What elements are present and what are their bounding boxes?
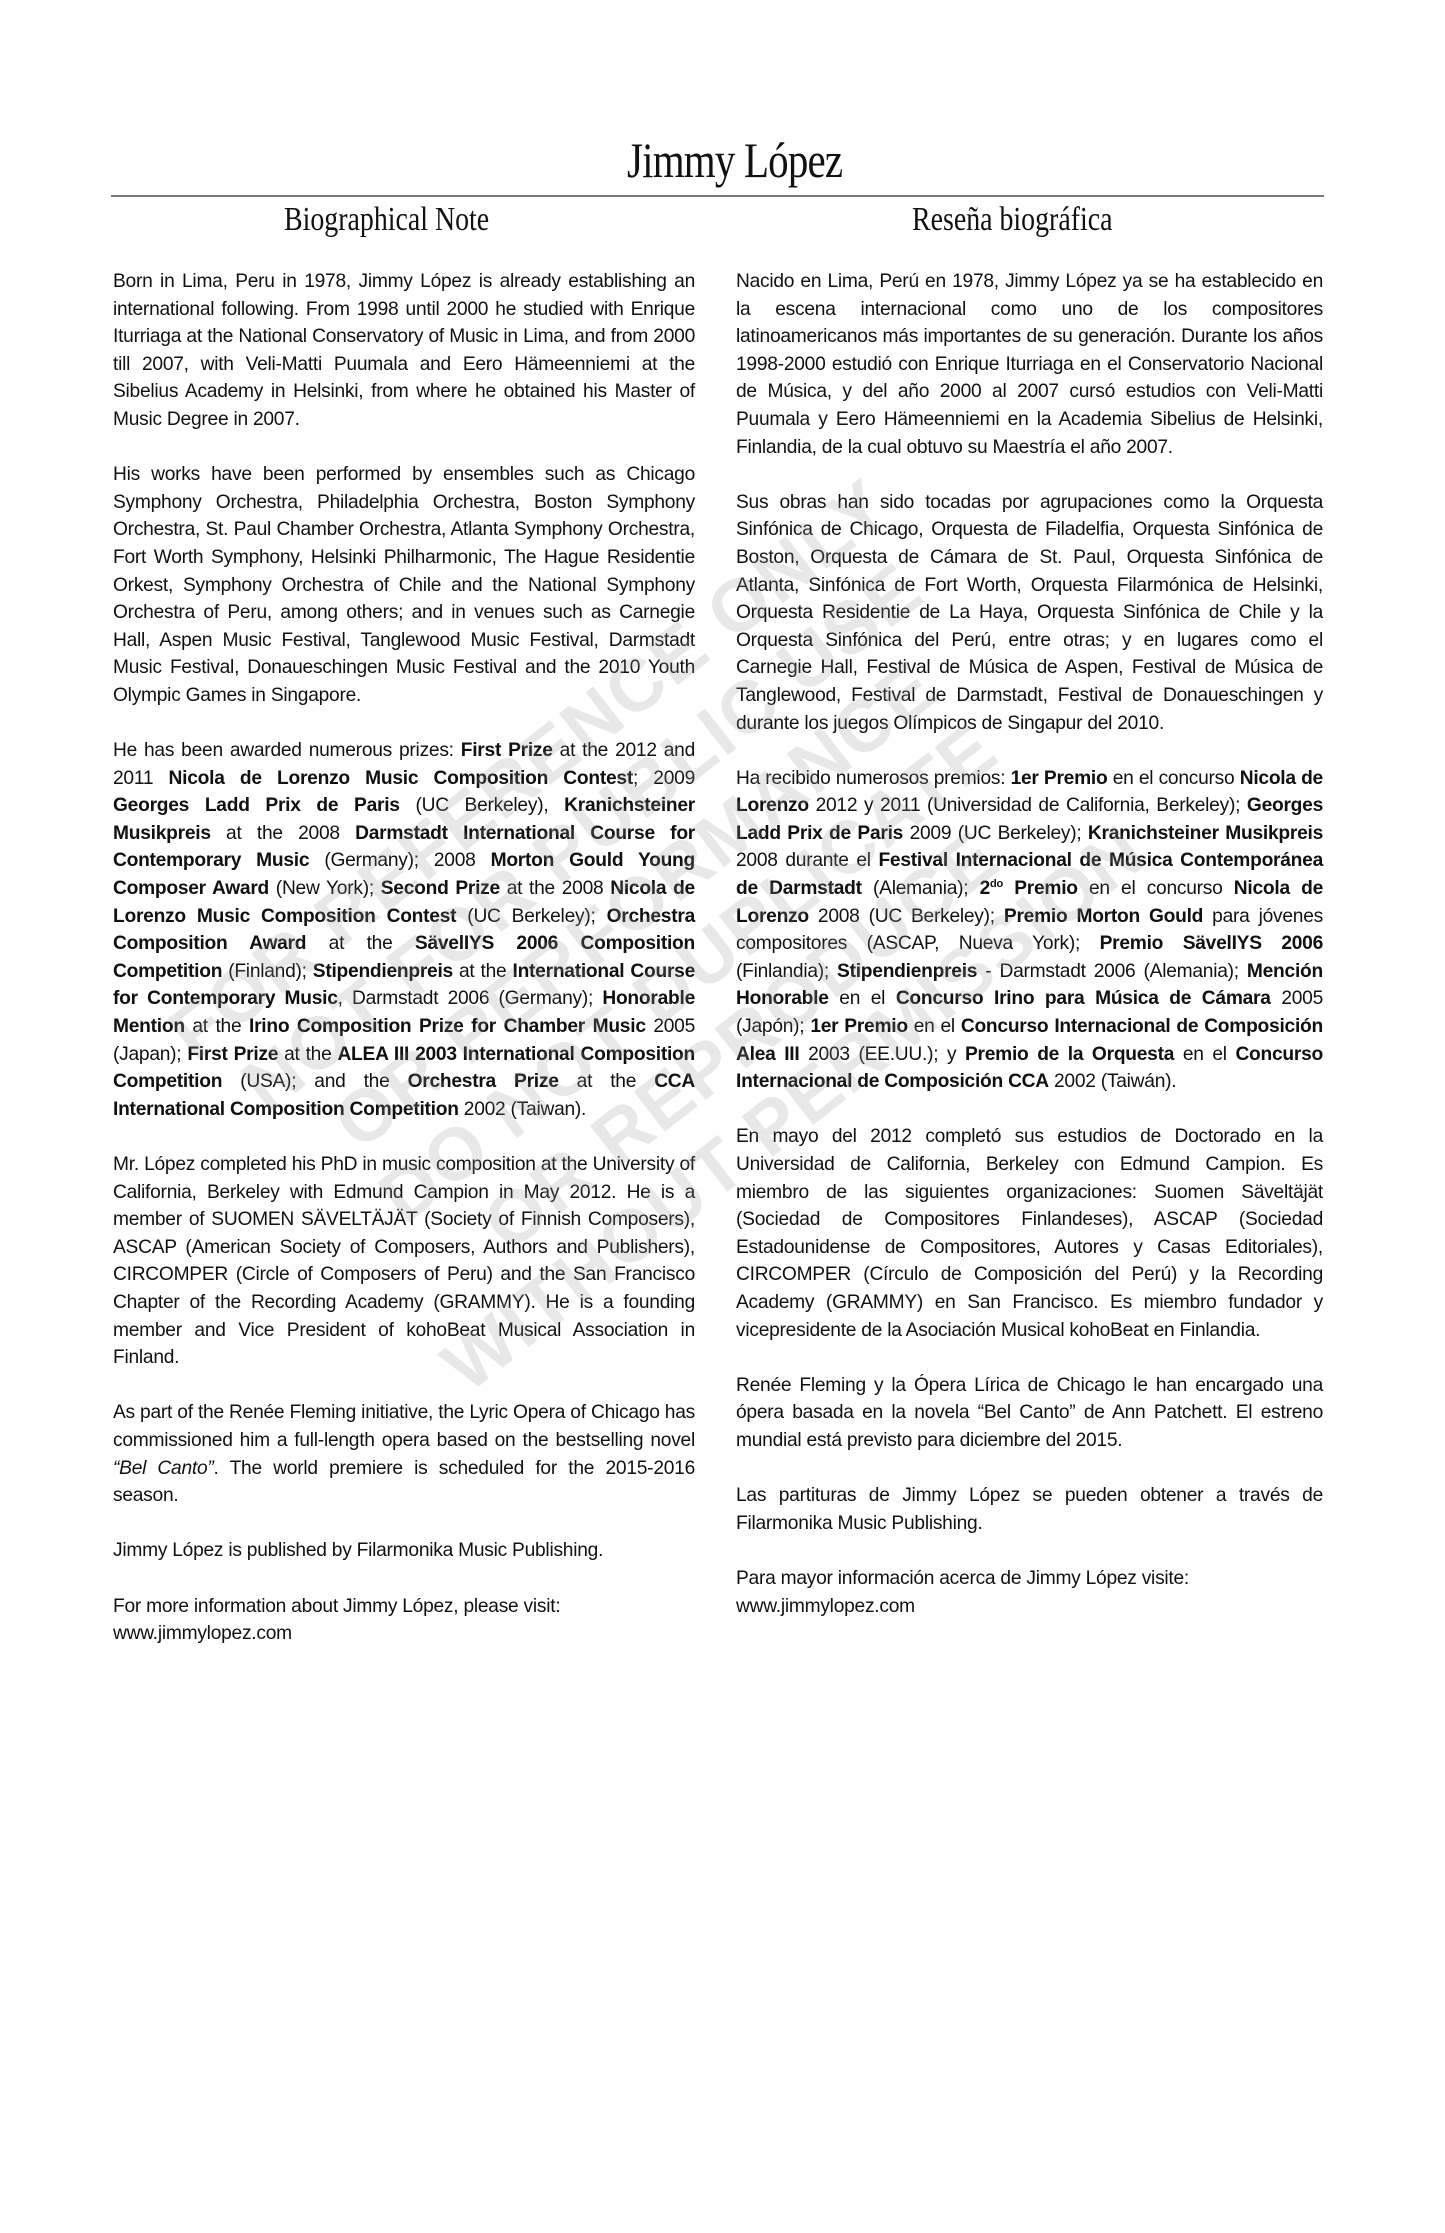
heading-biographical-note: Biographical Note bbox=[284, 198, 489, 242]
en-paragraph-awards: He has been awarded numerous prizes: Fir… bbox=[113, 737, 695, 1123]
award-text: en el bbox=[908, 1016, 961, 1037]
award-text: 2009 (UC Berkeley); bbox=[903, 823, 1088, 844]
award-text: (Finlandia); bbox=[736, 961, 837, 982]
award-text: 2003 (EE.UU.); y bbox=[799, 1044, 965, 1065]
award-text: (Finland); bbox=[222, 961, 313, 982]
bold-award-text: Premio SävelIYS 2006 bbox=[1100, 933, 1323, 954]
bold-award-text: First Prize bbox=[461, 740, 553, 761]
es-paragraph-opera-commission: Renée Fleming y la Ópera Lírica de Chica… bbox=[736, 1372, 1323, 1455]
english-column: Born in Lima, Peru in 1978, Jimmy López … bbox=[113, 268, 695, 1648]
award-text: (Alemania); bbox=[862, 878, 980, 899]
award-text: 2002 (Taiwán). bbox=[1049, 1071, 1176, 1092]
en-opera-title: “Bel Canto” bbox=[113, 1458, 214, 1479]
award-text: at the 2008 bbox=[211, 823, 355, 844]
award-text: , Darmstadt 2006 (Germany); bbox=[338, 988, 603, 1009]
bold-award-text: Premio de la Orquesta bbox=[965, 1044, 1174, 1065]
es-paragraph-education-memberships: En mayo del 2012 completó sus estudios d… bbox=[736, 1123, 1323, 1344]
bold-award-text: Kranichsteiner Musikpreis bbox=[1088, 823, 1323, 844]
bold-award-text: Concurso Irino para Música de Cámara bbox=[896, 988, 1271, 1009]
es-paragraph-publisher: Las partituras de Jimmy López se pueden … bbox=[736, 1482, 1323, 1537]
en-paragraph-education-memberships: Mr. López completed his PhD in music com… bbox=[113, 1151, 695, 1372]
page-title: Jimmy López bbox=[142, 130, 1327, 190]
en-paragraph-performances: His works have been performed by ensembl… bbox=[113, 461, 695, 709]
award-text: Ha recibido numerosos premios: bbox=[736, 768, 1011, 789]
bold-award-text: Stipendienpreis bbox=[837, 961, 977, 982]
award-text: at the bbox=[185, 1016, 249, 1037]
award-text: 2008 durante el bbox=[736, 850, 878, 871]
en-paragraph-early-life: Born in Lima, Peru in 1978, Jimmy López … bbox=[113, 268, 695, 434]
document-page: Jimmy López Biographical Note Reseña bio… bbox=[0, 0, 1445, 2233]
award-text: at the bbox=[453, 961, 513, 982]
award-text: (USA); and the bbox=[222, 1071, 407, 1092]
award-text: en el concurso bbox=[1107, 768, 1239, 789]
award-text: (UC Berkeley), bbox=[400, 795, 564, 816]
bold-award-text: Georges Ladd Prix de Paris bbox=[113, 795, 400, 816]
award-text: 2008 (UC Berkeley); bbox=[809, 906, 1004, 927]
bold-award-text: Stipendienpreis bbox=[313, 961, 453, 982]
es-paragraph-performances: Sus obras han sido tocadas por agrupacio… bbox=[736, 489, 1323, 737]
bold-award-text: Second Prize bbox=[381, 878, 500, 899]
bold-award-text: Irino Composition Prize for Chamber Musi… bbox=[249, 1016, 646, 1037]
en-paragraph-more-info: For more information about Jimmy López, … bbox=[113, 1593, 695, 1621]
bold-award-text: Nicola de Lorenzo Music Composition Cont… bbox=[169, 768, 633, 789]
award-text: at the 2008 bbox=[500, 878, 610, 899]
award-text: (Germany); 2008 bbox=[309, 850, 490, 871]
en-opera-text-before: As part of the Renée Fleming initiative,… bbox=[113, 1402, 695, 1451]
bold-award-text: do bbox=[990, 878, 1003, 890]
es-website-link[interactable]: www.jimmylopez.com bbox=[736, 1596, 915, 1617]
es-paragraph-awards: Ha recibido numerosos premios: 1er Premi… bbox=[736, 765, 1323, 1096]
award-text: (New York); bbox=[269, 878, 381, 899]
en-paragraph-opera-commission: As part of the Renée Fleming initiative,… bbox=[113, 1399, 695, 1509]
bold-award-text: Orchestra Prize bbox=[408, 1071, 559, 1092]
award-text: en el bbox=[1174, 1044, 1235, 1065]
bold-award-text: 2 bbox=[980, 878, 990, 899]
es-paragraph-early-life: Nacido en Lima, Perú en 1978, Jimmy Lópe… bbox=[736, 268, 1323, 461]
award-text: at the bbox=[559, 1071, 655, 1092]
award-text: 2012 y 2011 (Universidad de California, … bbox=[809, 795, 1247, 816]
award-text: en el concurso bbox=[1078, 878, 1234, 899]
bold-award-text: 1er Premio bbox=[1011, 768, 1108, 789]
bold-award-text: Premio bbox=[1003, 878, 1078, 899]
bold-award-text: First Prize bbox=[187, 1044, 278, 1065]
en-website-link[interactable]: www.jimmylopez.com bbox=[113, 1623, 292, 1644]
award-text: at the bbox=[278, 1044, 337, 1065]
award-text: ; 2009 bbox=[633, 768, 695, 789]
award-text: He has been awarded numerous prizes: bbox=[113, 740, 461, 761]
spanish-column: Nacido en Lima, Perú en 1978, Jimmy Lópe… bbox=[736, 268, 1323, 1620]
bold-award-text: Premio Morton Gould bbox=[1004, 906, 1203, 927]
title-divider bbox=[111, 195, 1324, 197]
award-text: at the bbox=[306, 933, 415, 954]
award-text: (UC Berkeley); bbox=[456, 906, 606, 927]
bold-award-text: 1er Premio bbox=[810, 1016, 908, 1037]
heading-resena-biografica: Reseña biográfica bbox=[912, 198, 1112, 242]
es-paragraph-more-info: Para mayor información acerca de Jimmy L… bbox=[736, 1565, 1323, 1593]
award-text: 2002 (Taiwan). bbox=[459, 1099, 586, 1120]
award-text: - Darmstadt 2006 (Alemania); bbox=[977, 961, 1247, 982]
award-text: en el bbox=[829, 988, 896, 1009]
en-paragraph-publisher: Jimmy López is published by Filarmonika … bbox=[113, 1537, 695, 1565]
